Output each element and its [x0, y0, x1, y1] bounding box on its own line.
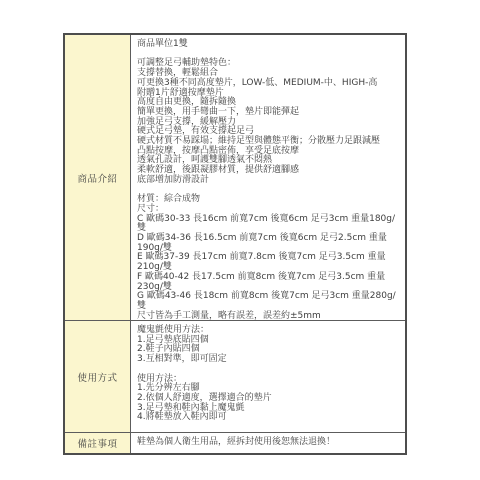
row-header-usage: 使用方式	[65, 321, 131, 432]
table-row-usage: 使用方式 魔鬼氈使用方法： 1.足弓墊底貼四個 2.鞋子內貼四個 3.互相對準，…	[65, 321, 405, 433]
table-row-product-intro: 商品介紹 商品單位1雙 可調整足弓輔助墊特色： 支撐替換，輕鬆組合 可更換3種不…	[65, 35, 405, 321]
table-row-remarks: 備註事項 鞋墊為個人衛生用品，經拆封使用後恕無法退換！	[65, 433, 405, 453]
cell-remarks-text: 鞋墊為個人衛生用品，經拆封使用後恕無法退換！	[131, 433, 405, 453]
row-header-product-intro: 商品介紹	[65, 35, 131, 320]
cell-usage-text: 魔鬼氈使用方法： 1.足弓墊底貼四個 2.鞋子內貼四個 3.互相對準，即可固定 …	[131, 321, 405, 432]
cell-product-intro-text: 商品單位1雙 可調整足弓輔助墊特色： 支撐替換，輕鬆組合 可更換3種不同高度墊片…	[131, 35, 405, 320]
product-spec-table: 商品介紹 商品單位1雙 可調整足弓輔助墊特色： 支撐替換，輕鬆組合 可更換3種不…	[63, 33, 407, 455]
row-header-remarks: 備註事項	[65, 433, 131, 453]
